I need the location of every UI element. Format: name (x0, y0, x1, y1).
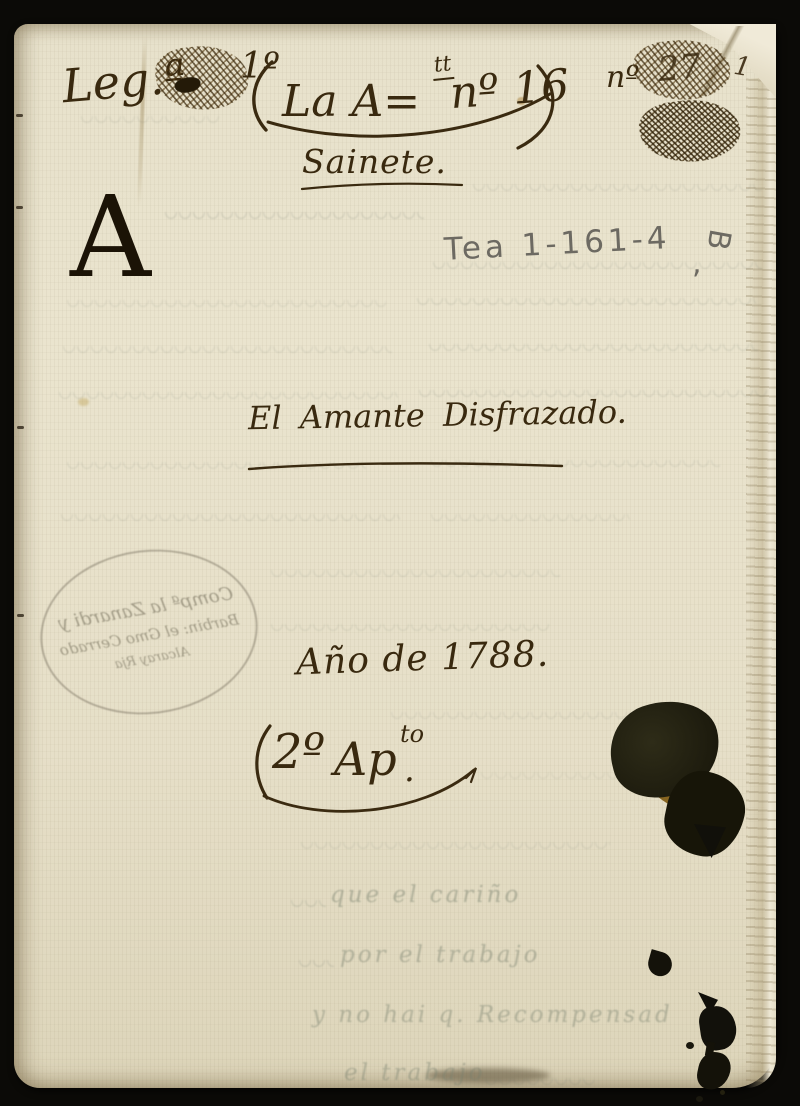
showthrough-squiggle (270, 624, 550, 634)
ink-drop (645, 949, 675, 979)
shelfmark: Tea 1-161-4 (443, 220, 671, 268)
stamp-line: Alcaray Rja (114, 644, 191, 672)
showthrough-squiggle (60, 514, 400, 524)
showthrough-line: el trabajo (344, 1060, 486, 1086)
showthrough-squiggle (430, 514, 630, 524)
splatter-mass (697, 1004, 739, 1053)
splatter-mass (694, 1049, 733, 1093)
showthrough-squiggle (472, 184, 762, 194)
work-title: El Amante Disfrazado. (248, 393, 627, 438)
deckle-streaks (746, 78, 776, 1088)
shelfmark-comma: , (692, 246, 702, 281)
showthrough-squiggle (484, 1078, 594, 1088)
binding-stitch (17, 614, 24, 617)
manuscript-page: que el cariño por el trabajo y no hai q.… (14, 24, 776, 1088)
showthrough-squiggle (62, 346, 392, 356)
title-underline (246, 458, 566, 474)
showthrough-squiggle (300, 842, 610, 852)
genre-heading: Sainete. (302, 142, 447, 181)
showthrough-line: que el cariño (330, 882, 521, 908)
showthrough-squiggle (428, 344, 758, 354)
genre-underline (300, 180, 465, 192)
year-line: Año de 1788. (295, 634, 549, 684)
showthrough-line: y no hai q. Recompensad (312, 1002, 673, 1028)
call-number-main: La A= (282, 76, 420, 127)
ink-blob (174, 76, 201, 94)
shelfmark-letter-b: B (699, 226, 737, 252)
act-number: 2º (272, 724, 325, 780)
deckle-edge (746, 78, 776, 1088)
showthrough-squiggle (416, 298, 756, 308)
ink-splatter (686, 990, 756, 1106)
showthrough-squiggle (290, 900, 326, 910)
act-period: . (404, 750, 415, 790)
crossed-number-value: 27 (656, 46, 703, 90)
binding-stitch (17, 426, 24, 429)
crossed-out-scribble (637, 94, 744, 168)
showthrough-squiggle (164, 212, 424, 224)
call-number-value: nº 16 (448, 60, 570, 119)
splatter-dot (696, 1096, 703, 1102)
splatter-dot (720, 1090, 725, 1095)
binding-stitch (16, 114, 23, 117)
act-word: Ap (334, 732, 397, 786)
ink-burn-blot (606, 696, 756, 856)
big-letter: A (70, 182, 151, 294)
binding-stitch (16, 206, 23, 209)
showthrough-squiggle (80, 116, 220, 126)
showthrough-squiggle (298, 960, 334, 970)
ownership-stamp: Compª la Zanardi y Barbin: el Gmo Cerrad… (31, 537, 267, 726)
splatter-dot (686, 1042, 694, 1049)
act-superscript: to (400, 720, 424, 748)
showthrough-line: por el trabajo (340, 942, 541, 968)
manuscript-scan: { "page": { "background": "#0b0a07", "pa… (0, 0, 800, 1106)
showthrough-squiggle (270, 570, 560, 580)
